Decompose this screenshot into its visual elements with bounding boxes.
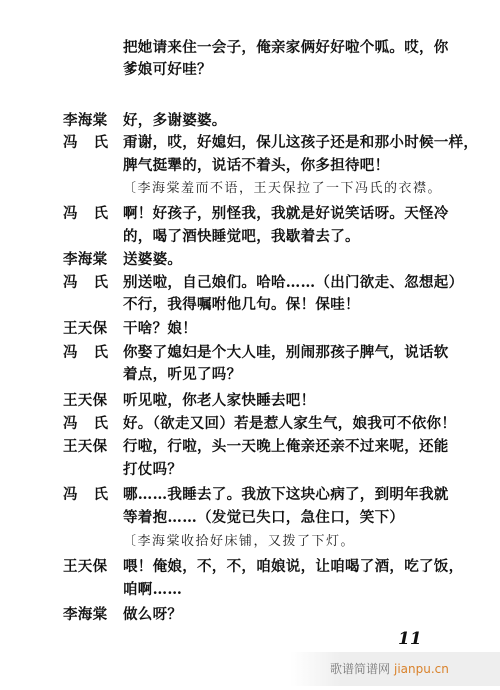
dialogue-text: 做么呀？	[123, 604, 182, 626]
dialogue-text: 行啦，行啦，头一天晚上俺亲还亲不过来呢，还能	[123, 436, 449, 458]
dialogue-text: 脾气挺犟的，说话不着头，你多担待吧！	[123, 155, 389, 177]
dialogue-text: 的，喝了酒快睡觉吧，我歇着去了。	[123, 226, 360, 248]
dialogue-text: 啊！好孩子，别怪我，我就是好说笑话呀。天怪冷	[123, 203, 449, 225]
speaker-name: 冯氏	[63, 413, 121, 435]
stage-direction: 〔李海棠羞而不语，王天保拉了一下冯氏的衣襟。	[123, 178, 442, 200]
dialogue-text: 等着抱……（发觉已失口，急住口，笑下）	[123, 507, 404, 529]
dialogue-text: 你娶了媳妇是个大人哇，别闹那孩子脾气，说话软	[123, 342, 449, 364]
speaker-name: 冯氏	[63, 132, 121, 154]
speaker-name: 冯氏	[63, 203, 121, 225]
dialogue-text: 送婆婆。	[123, 249, 182, 271]
stage-direction: 〔李海棠收拾好床铺，又拨了下灯。	[123, 531, 355, 553]
watermark: 歌谱简谱网jianpu.cn	[290, 652, 500, 686]
dialogue-text: 哪……我睡去了。我放下这块心病了，到明年我就	[123, 484, 449, 506]
speaker-name: 冯氏	[63, 342, 121, 364]
dialogue-text: 爹娘可好哇？	[123, 59, 212, 81]
page-number: 11	[398, 629, 422, 649]
document-page: 把她请来住一会子，俺亲家俩好好啦个呱。哎，你爹娘可好哇？李海棠好，多谢婆婆。冯氏…	[0, 0, 500, 690]
speaker-name: 王天保	[63, 436, 121, 458]
dialogue-text: 干啥？娘！	[123, 318, 197, 340]
speaker-name: 王天保	[63, 556, 121, 578]
dialogue-text: 听见啦，你老人家快睡去吧！	[123, 390, 315, 412]
dialogue-text: 着点，听见了吗？	[123, 364, 241, 386]
speaker-name: 李海棠	[63, 110, 121, 132]
watermark-site: jianpu.cn	[394, 662, 449, 676]
speaker-name: 李海棠	[63, 249, 121, 271]
dialogue-text: 把她请来住一会子，俺亲家俩好好啦个呱。哎，你	[123, 37, 449, 59]
dialogue-text: 好。（欲走又回）若是惹人家生气，娘我可不依你！	[123, 413, 456, 435]
watermark-label: 歌谱简谱网	[330, 662, 390, 676]
dialogue-text: 咱啊……	[123, 579, 182, 601]
dialogue-text: 好，多谢婆婆。	[123, 110, 227, 132]
speaker-name: 冯氏	[63, 272, 121, 294]
dialogue-text: 打仗吗？	[123, 459, 182, 481]
speaker-name: 王天保	[63, 318, 121, 340]
dialogue-text: 别送啦，自己娘们。哈哈……（出门欲走、忽想起）	[123, 272, 463, 294]
dialogue-text: 不行，我得嘱咐他几句。保！保哇！	[123, 294, 360, 316]
dialogue-text: 甭谢，哎，好媳妇，保儿这孩子还是和那小时候一样，	[123, 132, 478, 154]
speaker-name: 王天保	[63, 390, 121, 412]
speaker-name: 李海棠	[63, 604, 121, 626]
speaker-name: 冯氏	[63, 484, 121, 506]
dialogue-text: 喂！俺娘，不，不，咱娘说，让咱喝了酒，吃了饭，	[123, 556, 463, 578]
